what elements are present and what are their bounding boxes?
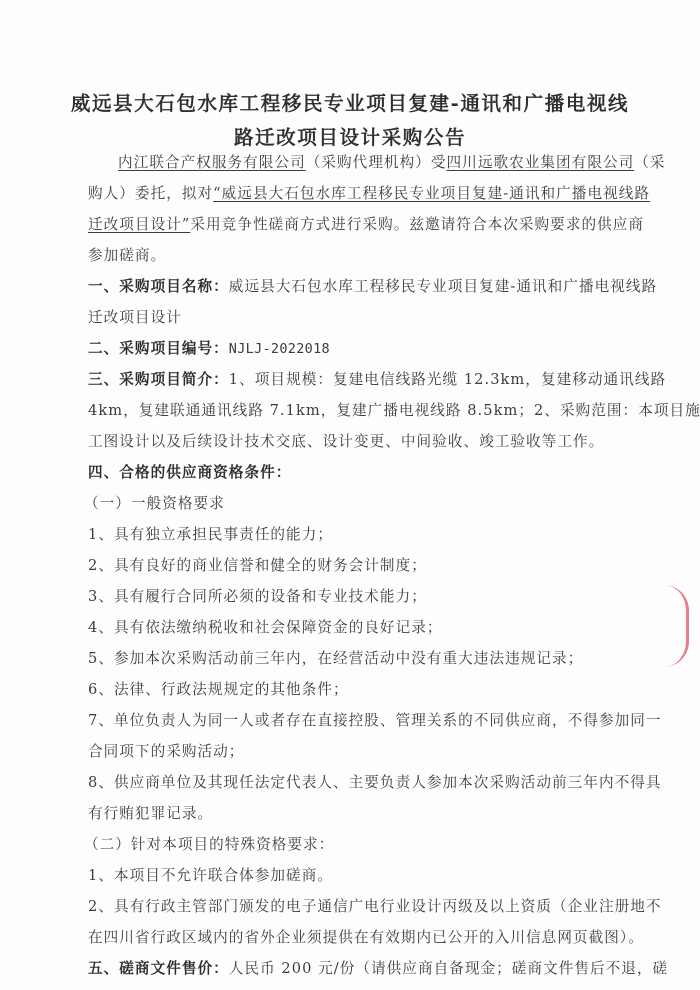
agency-role: （采购代理机构）受 [306, 154, 447, 171]
section-2-label: 二、采购项目编号： [88, 340, 229, 357]
purchaser-name: 四川远歌农业集团有限公司 [447, 154, 635, 171]
project-name-quoted-end: 迁改项目设计” [88, 216, 190, 233]
section-1-label: 一、采购项目名称： [88, 278, 229, 295]
intro-line-4: 参加磋商。 [88, 246, 636, 266]
red-seal-edge-icon [664, 585, 689, 667]
general-item-continued: 合同项下的采购活动； [88, 742, 636, 762]
intro-line-2: 购人）委托，拟对“威远县大石包水库工程移民专业项目复建-通讯和广播电视线路 [88, 184, 636, 204]
document-price: 人民币 200 元/份（请供应商自备现金；磋商文件售后不退，磋 [229, 960, 668, 977]
project-number: NJLJ-2022018 [229, 341, 330, 357]
general-item-continued: 有行贿犯罪记录。 [88, 804, 636, 824]
section-1-line-2: 迁改项目设计 [88, 308, 636, 328]
intro-text: 购人）委托，拟对 [88, 185, 213, 202]
intro-line-3: 迁改项目设计”采用竞争性磋商方式进行采购。兹邀请符合本次采购要求的供应商 [88, 215, 636, 235]
general-item: 8、供应商单位及其现任法定代表人、主要负责人参加本次采购活动前三年内不得具 [88, 773, 636, 793]
section-3-text: 1、项目规模：复建电信线路光缆 12.3km，复建移动通讯线路 [229, 371, 666, 388]
section-5-label: 五、磋商文件售价： [88, 960, 229, 977]
general-requirements-heading: （一）一般资格要求 [84, 494, 632, 514]
intro-line-1: 内江联合产权服务有限公司（采购代理机构）受四川远歌农业集团有限公司（采 [118, 153, 666, 173]
general-item: 3、具有履行合同所必须的设备和专业技术能力； [88, 587, 636, 607]
section-3-line-2: 4km，复建联通通讯线路 7.1km，复建广播电视线路 8.5km；2、采购范围… [88, 401, 636, 421]
section-3-line-3: 工图设计以及后续设计技术交底、设计变更、中间验收、竣工验收等工作。 [88, 432, 636, 452]
document-title-line-2: 路迁改项目设计采购公告 [60, 122, 640, 150]
special-requirements-heading: （二）针对本项目的特殊资格要求： [84, 835, 632, 855]
general-item: 7、单位负责人为同一人或者存在直接控股、管理关系的不同供应商，不得参加同一 [88, 711, 636, 731]
agency-name: 内江联合产权服务有限公司 [118, 154, 306, 171]
section-3-label: 三、采购项目简介： [88, 371, 229, 388]
general-item: 4、具有依法缴纳税收和社会保障资金的良好记录； [88, 618, 636, 638]
special-item: 1、本项目不允许联合体参加磋商。 [88, 866, 636, 886]
general-item: 6、法律、行政法规规定的其他条件； [88, 680, 636, 700]
project-name-quoted: “威远县大石包水库工程移民专业项目复建-通讯和广播电视线路 [213, 185, 650, 202]
general-item: 2、具有良好的商业信誉和健全的财务会计制度； [88, 556, 636, 576]
section-2: 二、采购项目编号：NJLJ-2022018 [88, 339, 636, 359]
special-item-continued: 在四川省行政区域内的省外企业须提供在有效期内已公开的入川信息网页截图）。 [88, 928, 636, 948]
section-5: 五、磋商文件售价：人民币 200 元/份（请供应商自备现金；磋商文件售后不退，磋 [88, 959, 636, 979]
section-4-label: 四、合格的供应商资格条件： [88, 463, 636, 483]
section-1-line-1: 一、采购项目名称：威远县大石包水库工程移民专业项目复建-通讯和广播电视线路 [88, 277, 636, 297]
special-item: 2、具有行政主管部门颁发的电子通信广电行业设计丙级及以上资质（企业注册地不 [88, 897, 636, 917]
general-item: 5、参加本次采购活动前三年内，在经营活动中没有重大违法违规记录； [88, 649, 636, 669]
general-item: 1、具有独立承担民事责任的能力； [88, 525, 636, 545]
section-1-value: 威远县大石包水库工程移民专业项目复建-通讯和广播电视线路 [229, 278, 657, 295]
document-page: 威远县大石包水库工程移民专业项目复建-通讯和广播电视线 路迁改项目设计采购公告 … [0, 0, 700, 990]
intro-text: 采用竞争性磋商方式进行采购。兹邀请符合本次采购要求的供应商 [190, 216, 644, 233]
document-title-line-1: 威远县大石包水库工程移民专业项目复建-通讯和广播电视线 [60, 88, 640, 116]
purchaser-role-start: （采 [634, 154, 665, 171]
section-3-line-1: 三、采购项目简介：1、项目规模：复建电信线路光缆 12.3km，复建移动通讯线路 [88, 370, 636, 390]
